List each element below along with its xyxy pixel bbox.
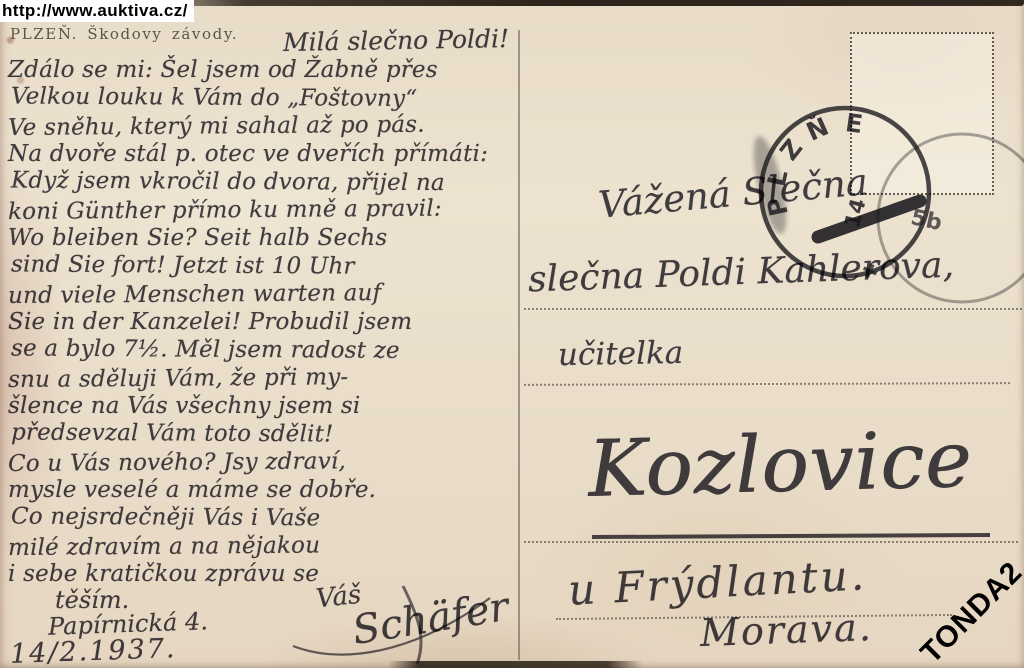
address-occupation: učitelka <box>558 335 684 373</box>
message-line: sind Sie fort! Jetzt ist 10 Uhr <box>11 250 521 281</box>
center-divider-line <box>518 30 520 660</box>
message-line: Co u Vás nového? Jsy zdraví, <box>8 446 518 478</box>
message-line: Když jsem vkročil do dvora, přijel na <box>11 166 521 197</box>
message-salutation: Milá slečno Poldi! <box>283 24 510 57</box>
address-district: u Frýdlantu. <box>567 550 868 615</box>
postmark-code: 5b <box>909 205 945 236</box>
message-date: 14/2.1937. <box>10 633 177 668</box>
message-line: milé zdravím a na nějakou <box>8 530 518 562</box>
handwritten-message: Zdálo se mi: Šel jsem od Žabně přes Velk… <box>8 56 518 588</box>
second-postmark-arc <box>878 134 1024 302</box>
signature-flourish <box>285 580 515 668</box>
message-line: Zdálo se mi: Šel jsem od Žabně přes <box>8 56 518 84</box>
message-line: koni Günther přímo ku mně a pravil: <box>8 194 518 226</box>
message-line: und viele Menschen warten auf <box>8 278 518 310</box>
tonda2-watermark: TONDA2 <box>914 547 1024 668</box>
message-line: předsevzal Vám toto sdělit! <box>11 418 521 449</box>
scan-bottom-edge <box>388 661 643 668</box>
auktiva-url-watermark: http://www.auktiva.cz/ <box>0 0 194 22</box>
message-line: Velkou louku k Vám do „Foštovny“ <box>11 82 521 113</box>
postcard-scan: http://www.auktiva.cz/ PLZEŇ. Škodovy zá… <box>0 0 1024 668</box>
plzen-postmark: P L Z Ň E 14 5b <box>690 85 1024 315</box>
address-dotted-line <box>524 382 1010 386</box>
postmark-letter: E <box>844 108 865 139</box>
message-line: mysle veselé a máme se dobře. <box>8 476 518 504</box>
message-line: Wo bleiben Sie? Seit halb Sechs <box>8 224 518 252</box>
message-line: Na dvoře stál p. otec ve dveřích přímáti… <box>8 140 518 168</box>
message-line: Co nejsrdečněji Vás i Vaše <box>11 502 521 533</box>
message-line: šlence na Vás všechny jsem si <box>8 392 518 420</box>
message-line: Sie in der Kanzelei! Probudil jsem <box>8 308 518 336</box>
printed-header: PLZEŇ. Škodovy závody. <box>10 25 238 43</box>
address-dotted-line <box>524 541 1018 543</box>
message-line: se a bylo 7½. Měl jsem radost ze <box>11 334 521 365</box>
message-line: Ve sněhu, který mi sahal až po pás. <box>8 110 518 142</box>
message-line: snu a sděluji Vám, že při my- <box>8 362 518 394</box>
address-region: Morava. <box>699 605 873 655</box>
address-city: Kozlovice <box>587 415 973 515</box>
city-underline <box>592 533 990 539</box>
